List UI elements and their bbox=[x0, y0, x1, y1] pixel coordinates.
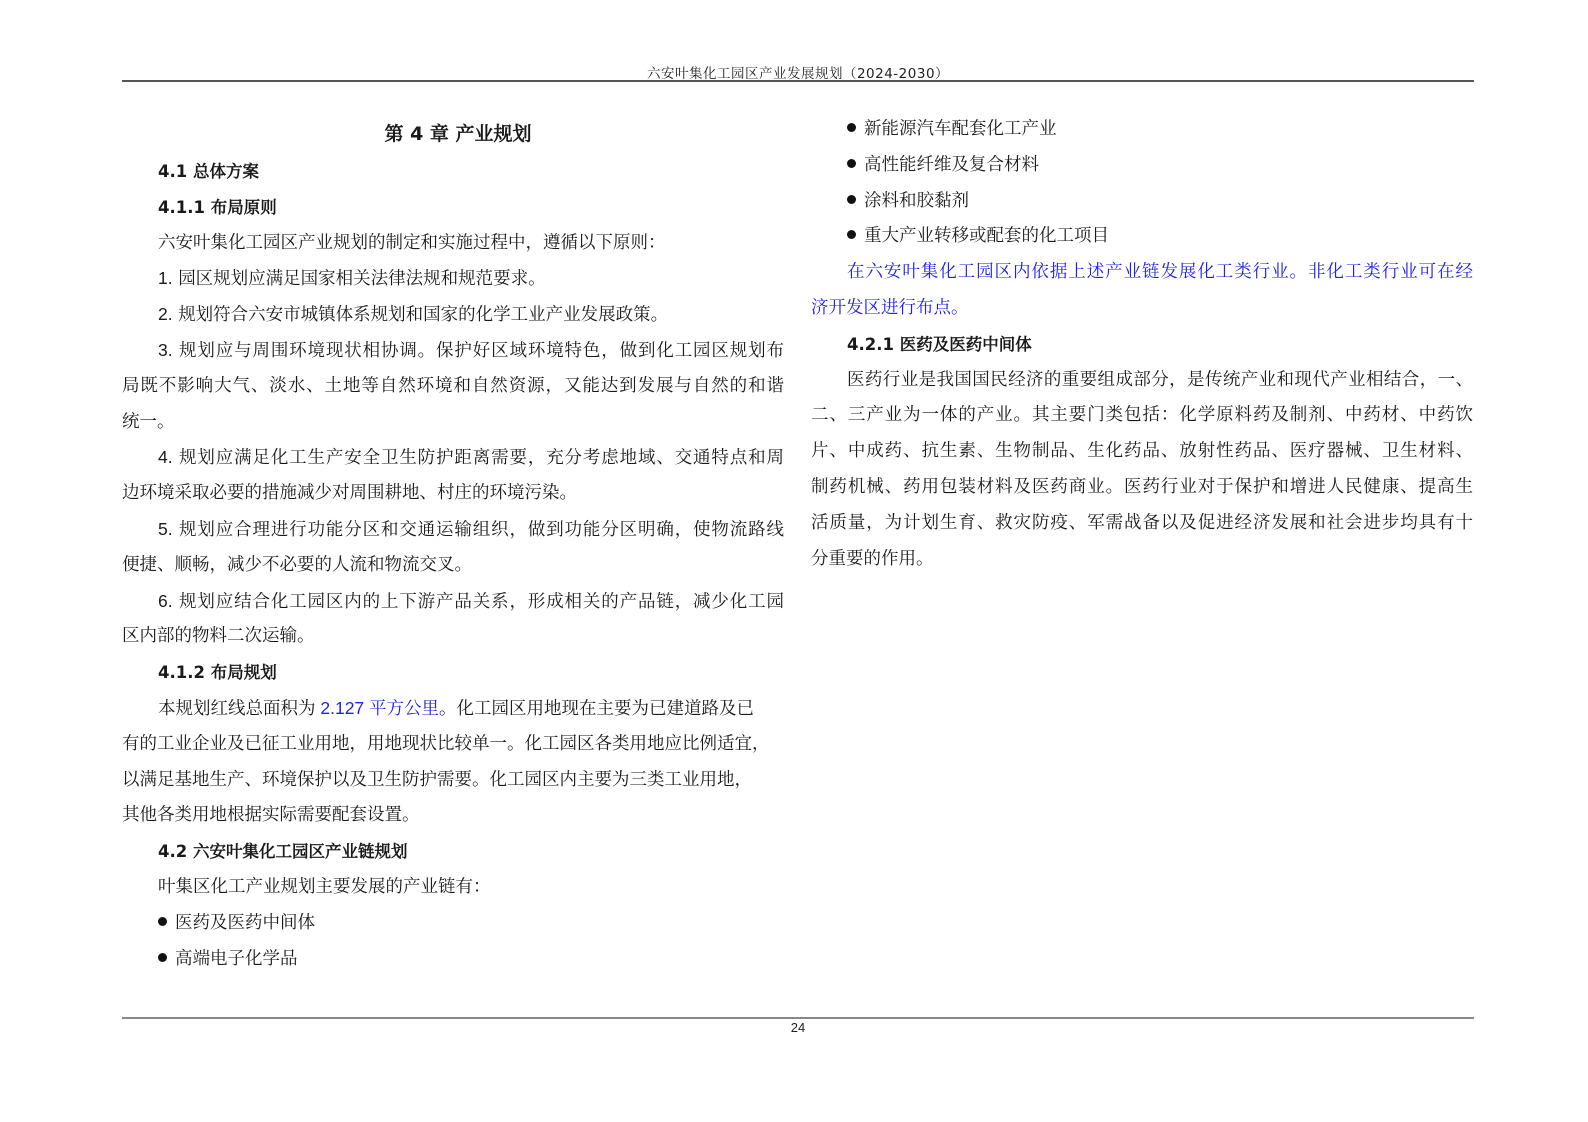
left-column: 第 4 章 产业规划 4.1 总体方案 4.1.1 布局原则 六安叶集化工园区产… bbox=[122, 114, 784, 977]
pharma-paragraph-line-1: 医药行业是我国国民经济的重要组成部分，是传统产业和现代产业相结合，一、 bbox=[811, 363, 1473, 399]
principle-5: 5. 规划应合理进行功能分区和交通运输组织，做到功能分区明确，使物流路线 bbox=[122, 512, 784, 548]
chapter-title: 第 4 章 产业规划 bbox=[122, 114, 784, 154]
bullet-icon bbox=[847, 123, 856, 132]
chain-list-item: 重大产业转移或配套的化工项目 bbox=[811, 219, 1473, 255]
principle-4-line-2: 边环境采取必要的措施减少对周围耕地、村庄的环境污染。 bbox=[122, 476, 784, 512]
principle-5-line-2: 便捷、顺畅，减少不必要的人流和物流交叉。 bbox=[122, 548, 784, 584]
layout-paragraph-line-1: 本规划红线总面积为 2.127 平方公里。化工园区用地现在主要为已建道路及已 bbox=[122, 691, 784, 727]
area-unit: 平方公里 bbox=[369, 699, 439, 719]
section-heading-4-1-2: 4.1.2 布局规划 bbox=[122, 655, 784, 691]
layout-paragraph-line-3: 以满足基地生产、环境保护以及卫生防护需要。化工园区内主要为三类工业用地， bbox=[122, 763, 784, 799]
header-rule bbox=[122, 80, 1474, 82]
chain-list-item: 医药及医药中间体 bbox=[122, 906, 784, 942]
footer-rule bbox=[122, 1017, 1474, 1019]
principle-2: 2. 规划符合六安市城镇体系规划和国家的化学工业产业发展政策。 bbox=[122, 297, 784, 333]
principles-intro: 六安叶集化工园区产业规划的制定和实施过程中，遵循以下原则： bbox=[122, 226, 784, 262]
page-number: 24 bbox=[122, 1020, 1474, 1035]
pharma-paragraph-line-6: 分重要的作用。 bbox=[811, 542, 1473, 578]
principle-4: 4. 规划应满足化工生产安全卫生防护距离需要，充分考虑地域、交通特点和周 bbox=[122, 440, 784, 476]
chain-list-item: 高性能纤维及复合材料 bbox=[811, 148, 1473, 184]
chain-list-item: 新能源汽车配套化工产业 bbox=[811, 112, 1473, 148]
running-header: 六安叶集化工园区产业发展规划（2024-2030） bbox=[122, 62, 1474, 82]
highlighted-note-line-1: 在六安叶集化工园区内依据上述产业链发展化工类行业。非化工类行业可在经 bbox=[811, 255, 1473, 291]
principle-1: 1. 园区规划应满足国家相关法律法规和规范要求。 bbox=[122, 261, 784, 297]
principle-3-line-2: 局既不影响大气、淡水、土地等自然环境和自然资源，又能达到发展与自然的和谐 bbox=[122, 369, 784, 405]
principle-6-line-2: 区内部的物料二次运输。 bbox=[122, 619, 784, 655]
right-column: 新能源汽车配套化工产业 高性能纤维及复合材料 涂料和胶黏剂 重大产业转移或配套的… bbox=[811, 112, 1473, 577]
section-heading-4-2: 4.2 六安叶集化工园区产业链规划 bbox=[122, 834, 784, 870]
bullet-icon bbox=[847, 230, 856, 239]
pharma-paragraph-line-5: 活质量，为计划生育、救灾防疫、军需战备以及促进经济发展和社会进步均具有十 bbox=[811, 506, 1473, 542]
pharma-paragraph-line-2: 二、三产业为一体的产业。其主要门类包括：化学原料药及制剂、中药材、中药饮 bbox=[811, 398, 1473, 434]
section-heading-4-2-1: 4.2.1 医药及医药中间体 bbox=[811, 327, 1473, 363]
bullet-icon bbox=[847, 195, 856, 204]
section-heading-4-1: 4.1 总体方案 bbox=[122, 154, 784, 190]
highlighted-note-line-2: 济开发区进行布点。 bbox=[811, 291, 1473, 327]
chain-intro: 叶集区化工产业规划主要发展的产业链有： bbox=[122, 870, 784, 906]
layout-paragraph-line-2: 有的工业企业及已征工业用地，用地现状比较单一。化工园区各类用地应比例适宜， bbox=[122, 727, 784, 763]
pharma-paragraph-line-4: 制药机械、药用包装材料及医药商业。医药行业对于保护和增进人民健康、提高生 bbox=[811, 470, 1473, 506]
layout-paragraph-line-4: 其他各类用地根据实际需要配套设置。 bbox=[122, 798, 784, 834]
bullet-icon bbox=[847, 159, 856, 168]
area-value: 2.127 bbox=[316, 698, 370, 718]
principle-3-line-3: 统一。 bbox=[122, 405, 784, 441]
bullet-icon bbox=[158, 917, 167, 926]
pharma-paragraph-line-3: 片、中成药、抗生素、生物制品、生化药品、放射性药品、医疗器械、卫生材料、 bbox=[811, 434, 1473, 470]
principle-3: 3. 规划应与周围环境现状相协调。保护好区域环境特色，做到化工园区规划布 bbox=[122, 333, 784, 369]
chain-list-item: 高端电子化学品 bbox=[122, 942, 784, 978]
chain-list-item: 涂料和胶黏剂 bbox=[811, 184, 1473, 220]
principle-6: 6. 规划应结合化工园区内的上下游产品关系，形成相关的产品链，减少化工园 bbox=[122, 584, 784, 620]
bullet-icon bbox=[158, 953, 167, 962]
section-heading-4-1-1: 4.1.1 布局原则 bbox=[122, 190, 784, 226]
